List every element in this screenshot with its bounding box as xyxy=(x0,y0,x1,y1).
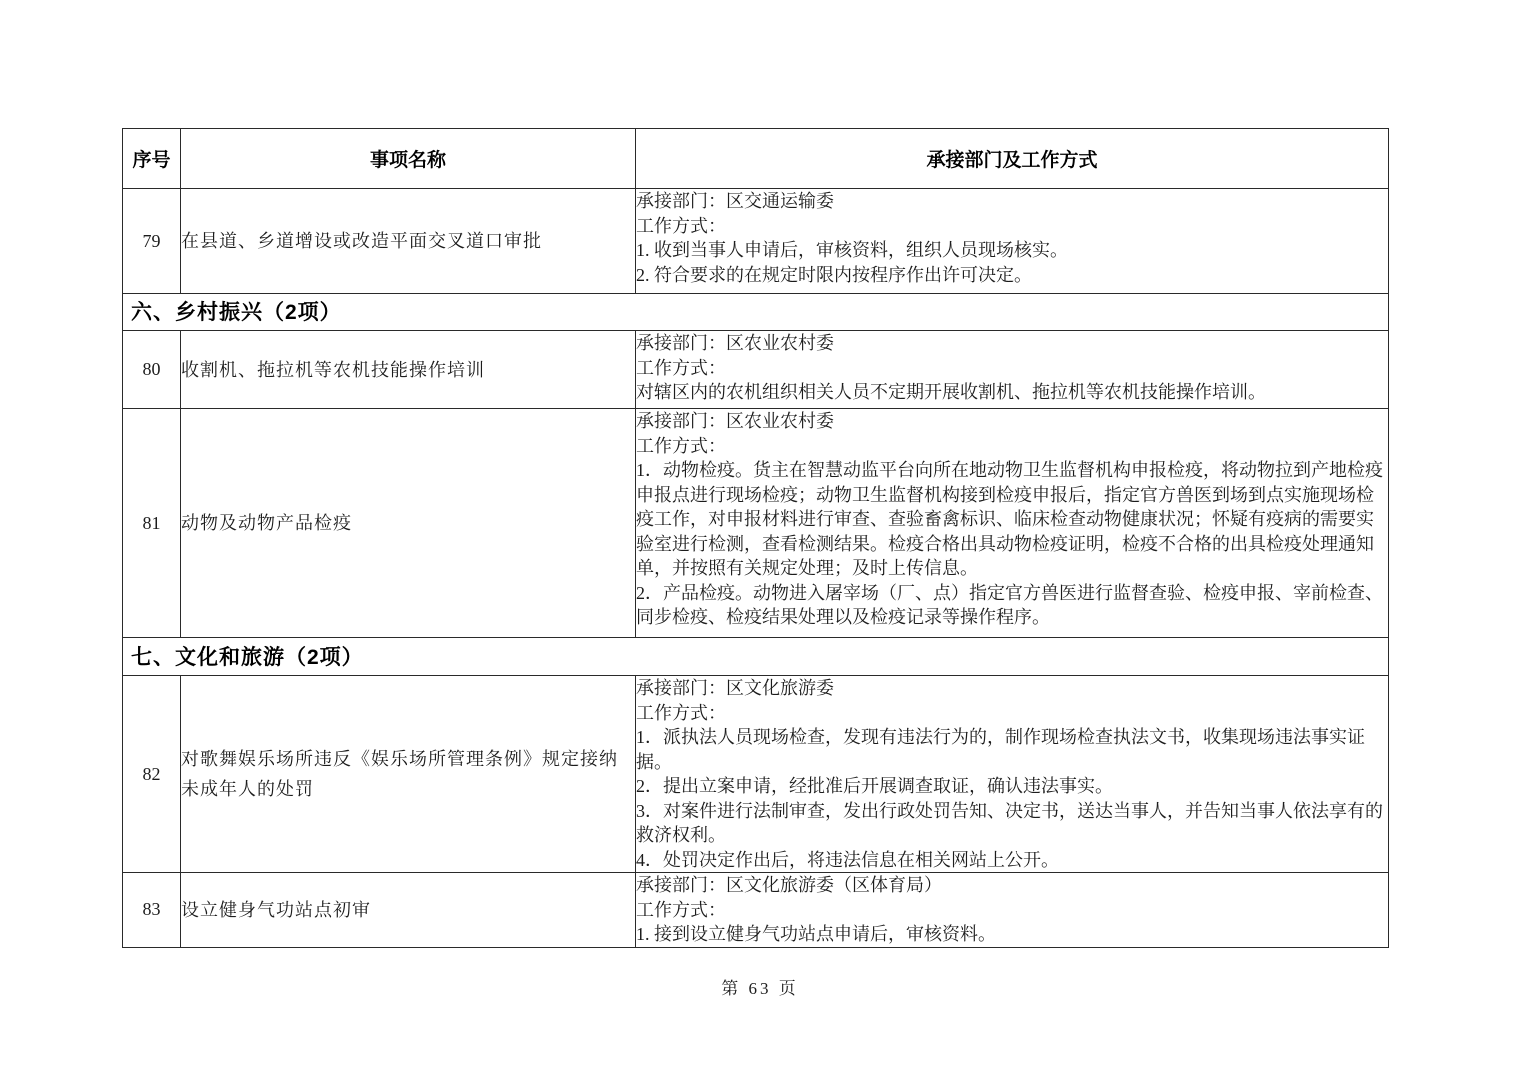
detail-department: 承接部门：区农业农村委 xyxy=(636,409,1388,434)
detail-method-label: 工作方式： xyxy=(636,214,1388,239)
detail-department: 承接部门：区交通运输委 xyxy=(636,189,1388,214)
item-detail: 承接部门：区文化旅游委（区体育局） 工作方式： 1. 接到设立健身气功站点申请后… xyxy=(636,873,1389,948)
section-title: 七、文化和旅游（2项） xyxy=(123,638,1389,676)
row-number: 82 xyxy=(123,676,181,873)
detail-method-label: 工作方式： xyxy=(636,701,1388,726)
detail-step: 1．动物检疫。货主在智慧动监平台向所在地动物卫生监督机构申报检疫，将动物拉到产地… xyxy=(636,458,1388,581)
table-row: 83 设立健身气功站点初审 承接部门：区文化旅游委（区体育局） 工作方式： 1.… xyxy=(123,873,1389,948)
table-header-row: 序号 事项名称 承接部门及工作方式 xyxy=(123,129,1389,189)
item-detail: 承接部门：区农业农村委 工作方式： 对辖区内的农机组织相关人员不定期开展收割机、… xyxy=(636,331,1389,409)
row-number: 83 xyxy=(123,873,181,948)
detail-method-label: 工作方式： xyxy=(636,434,1388,459)
detail-step: 1. 收到当事人申请后，审核资料，组织人员现场核实。 xyxy=(636,238,1388,263)
header-col-dept: 承接部门及工作方式 xyxy=(636,129,1389,189)
item-name: 收割机、拖拉机等农机技能操作培训 xyxy=(181,331,636,409)
items-table: 序号 事项名称 承接部门及工作方式 79 在县道、乡道增设或改造平面交叉道口审批… xyxy=(122,128,1389,948)
detail-method-label: 工作方式： xyxy=(636,898,1388,923)
document-page: 序号 事项名称 承接部门及工作方式 79 在县道、乡道增设或改造平面交叉道口审批… xyxy=(0,0,1520,1074)
detail-step: 2．产品检疫。动物进入屠宰场（厂、点）指定官方兽医进行监督查验、检疫申报、宰前检… xyxy=(636,581,1388,630)
row-number: 81 xyxy=(123,409,181,638)
row-number: 79 xyxy=(123,189,181,294)
section-row: 六、乡村振兴（2项） xyxy=(123,294,1389,331)
detail-department: 承接部门：区文化旅游委（区体育局） xyxy=(636,873,1388,898)
detail-step: 1. 接到设立健身气功站点申请后，审核资料。 xyxy=(636,922,1388,947)
section-title: 六、乡村振兴（2项） xyxy=(123,294,1389,331)
item-name: 设立健身气功站点初审 xyxy=(181,873,636,948)
table-row: 81 动物及动物产品检疫 承接部门：区农业农村委 工作方式： 1．动物检疫。货主… xyxy=(123,409,1389,638)
item-name: 在县道、乡道增设或改造平面交叉道口审批 xyxy=(181,189,636,294)
detail-step: 3．对案件进行法制审查，发出行政处罚告知、决定书，送达当事人，并告知当事人依法享… xyxy=(636,799,1388,848)
header-col-no: 序号 xyxy=(123,129,181,189)
table-row: 82 对歌舞娱乐场所违反《娱乐场所管理条例》规定接纳未成年人的处罚 承接部门：区… xyxy=(123,676,1389,873)
detail-step: 对辖区内的农机组织相关人员不定期开展收割机、拖拉机等农机技能操作培训。 xyxy=(636,380,1388,405)
detail-method-label: 工作方式： xyxy=(636,356,1388,381)
row-number: 80 xyxy=(123,331,181,409)
header-col-name: 事项名称 xyxy=(181,129,636,189)
item-name: 对歌舞娱乐场所违反《娱乐场所管理条例》规定接纳未成年人的处罚 xyxy=(181,676,636,873)
table-row: 80 收割机、拖拉机等农机技能操作培训 承接部门：区农业农村委 工作方式： 对辖… xyxy=(123,331,1389,409)
page-number: 第 63 页 xyxy=(0,974,1520,999)
detail-step: 4．处罚决定作出后，将违法信息在相关网站上公开。 xyxy=(636,848,1388,873)
detail-step: 2. 符合要求的在规定时限内按程序作出许可决定。 xyxy=(636,263,1388,288)
section-row: 七、文化和旅游（2项） xyxy=(123,638,1389,676)
item-detail: 承接部门：区农业农村委 工作方式： 1．动物检疫。货主在智慧动监平台向所在地动物… xyxy=(636,409,1389,638)
detail-department: 承接部门：区文化旅游委 xyxy=(636,676,1388,701)
item-detail: 承接部门：区交通运输委 工作方式： 1. 收到当事人申请后，审核资料，组织人员现… xyxy=(636,189,1389,294)
item-name: 动物及动物产品检疫 xyxy=(181,409,636,638)
detail-step: 1．派执法人员现场检查，发现有违法行为的，制作现场检查执法文书，收集现场违法事实… xyxy=(636,725,1388,774)
detail-step: 2．提出立案申请，经批准后开展调查取证，确认违法事实。 xyxy=(636,774,1388,799)
detail-department: 承接部门：区农业农村委 xyxy=(636,331,1388,356)
table-row: 79 在县道、乡道增设或改造平面交叉道口审批 承接部门：区交通运输委 工作方式：… xyxy=(123,189,1389,294)
item-detail: 承接部门：区文化旅游委 工作方式： 1．派执法人员现场检查，发现有违法行为的，制… xyxy=(636,676,1389,873)
